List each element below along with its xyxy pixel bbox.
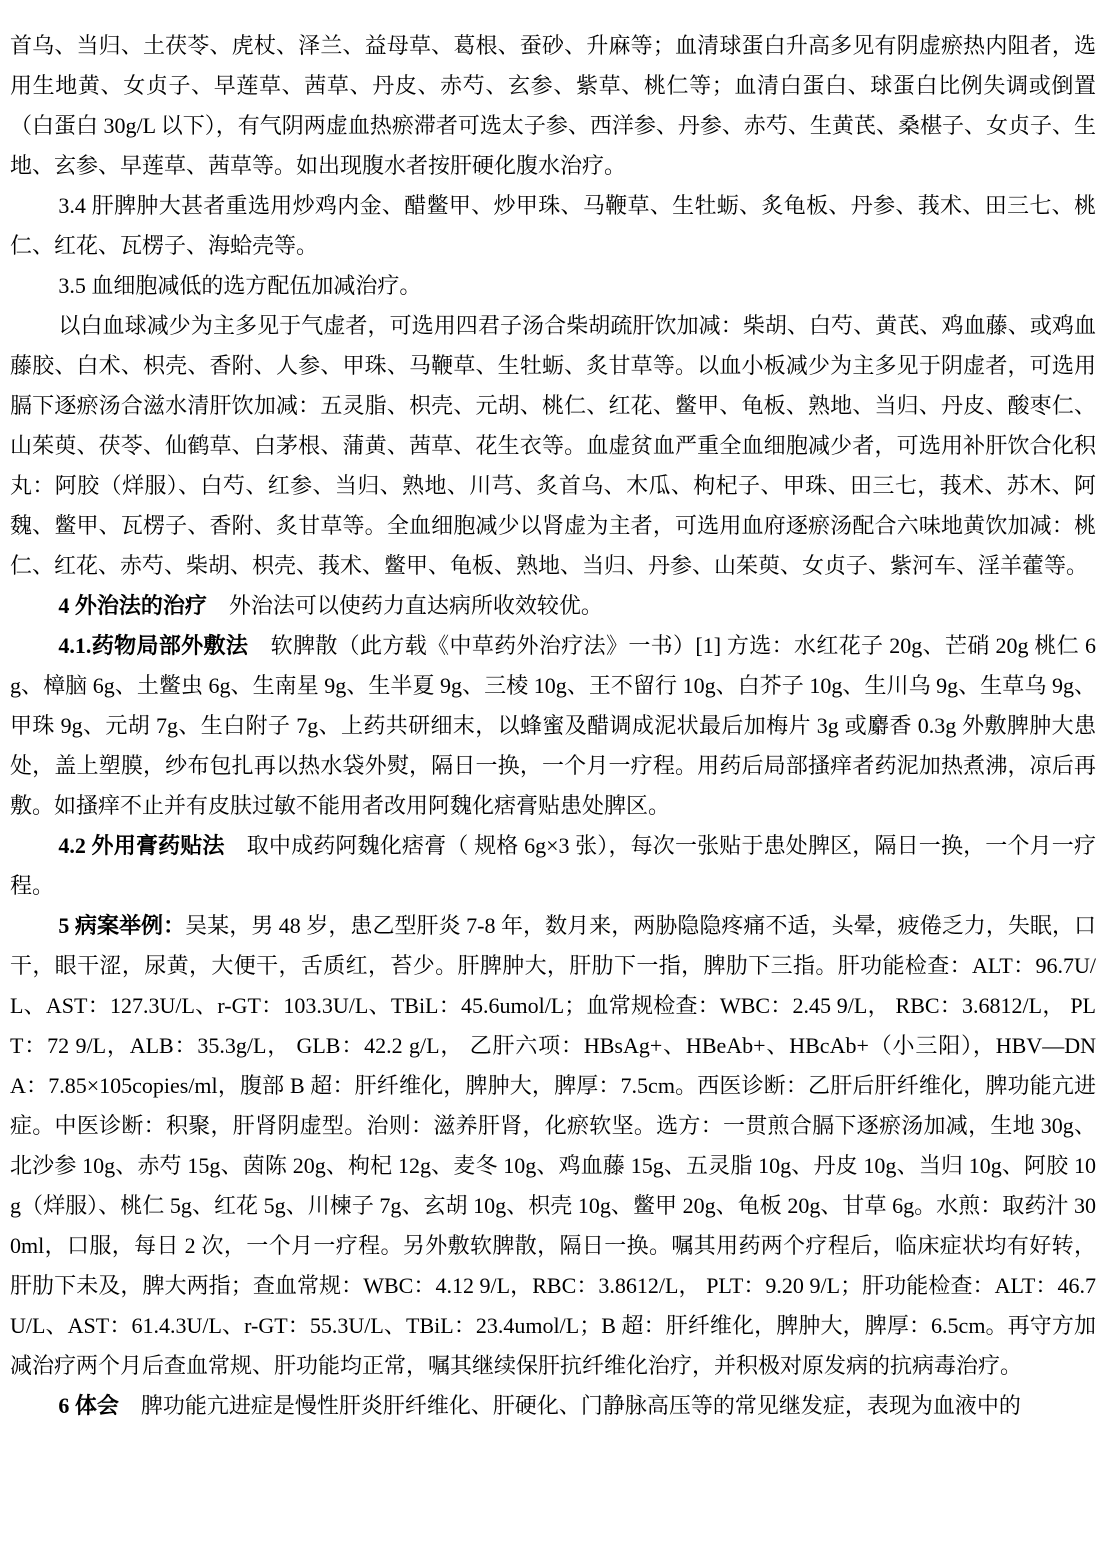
paragraph-section-3-4: 3.4 肝脾肿大甚者重选用炒鸡内金、醋鳖甲、炒甲珠、马鞭草、生牡蛎、炙龟板、丹参… — [10, 186, 1096, 266]
paragraph-text: 3.4 肝脾肿大甚者重选用炒鸡内金、醋鳖甲、炒甲珠、马鞭草、生牡蛎、炙龟板、丹参… — [10, 193, 1096, 258]
paragraph-section-4-1: 4.1.药物局部外敷法 软脾散（此方载《中草药外治疗法》一书）[1] 方选：水红… — [10, 626, 1096, 826]
paragraph-section-4-2: 4.2 外用膏药贴法 取中成药阿魏化痞膏（ 规格 6g×3 张），每次一张贴于患… — [10, 826, 1096, 906]
paragraph: 以白血球减少为主多见于气虚者，可选用四君子汤合柴胡疏肝饮加减：柴胡、白芍、黄芪、… — [10, 306, 1096, 586]
paragraph-text: 脾功能亢进症是慢性肝炎肝纤维化、肝硬化、门静脉高压等的常见继发症，表现为血液中的 — [119, 1393, 1021, 1418]
paragraph-text: 首乌、当归、土茯苓、虎杖、泽兰、益母草、葛根、蚕砂、升麻等；血清球蛋白升高多见有… — [10, 33, 1096, 178]
document-page: 首乌、当归、土茯苓、虎杖、泽兰、益母草、葛根、蚕砂、升麻等；血清球蛋白升高多见有… — [0, 0, 1106, 1554]
paragraph: 首乌、当归、土茯苓、虎杖、泽兰、益母草、葛根、蚕砂、升麻等；血清球蛋白升高多见有… — [10, 26, 1096, 186]
section-heading: 6 体会 — [58, 1393, 119, 1418]
paragraph-section-4: 4 外治法的治疗 外治法可以使药力直达病所收效较优。 — [10, 586, 1096, 626]
section-heading: 4.1.药物局部外敷法 — [58, 633, 248, 658]
paragraph-text: 3.5 血细胞减低的选方配伍加减治疗。 — [58, 273, 421, 298]
paragraph-text: 吴某，男 48 岁，患乙型肝炎 7-8 年，数月来，两胁隐隐疼痛不适，头晕，疲倦… — [10, 913, 1096, 1378]
section-heading: 4.2 外用膏药贴法 — [58, 833, 224, 858]
paragraph-section-6: 6 体会 脾功能亢进症是慢性肝炎肝纤维化、肝硬化、门静脉高压等的常见继发症，表现… — [10, 1386, 1096, 1426]
section-heading: 5 病案举例： — [58, 913, 185, 938]
paragraph-text: 以白血球减少为主多见于气虚者，可选用四君子汤合柴胡疏肝饮加减：柴胡、白芍、黄芪、… — [10, 313, 1096, 578]
paragraph-text: 外治法可以使药力直达病所收效较优。 — [207, 593, 603, 618]
paragraph-section-5-case: 5 病案举例：吴某，男 48 岁，患乙型肝炎 7-8 年，数月来，两胁隐隐疼痛不… — [10, 906, 1096, 1386]
paragraph-section-3-5: 3.5 血细胞减低的选方配伍加减治疗。 — [10, 266, 1096, 306]
paragraph-text: 软脾散（此方载《中草药外治疗法》一书）[1] 方选：水红花子 20g、芒硝 20… — [10, 633, 1096, 818]
section-heading: 4 外治法的治疗 — [58, 593, 207, 618]
